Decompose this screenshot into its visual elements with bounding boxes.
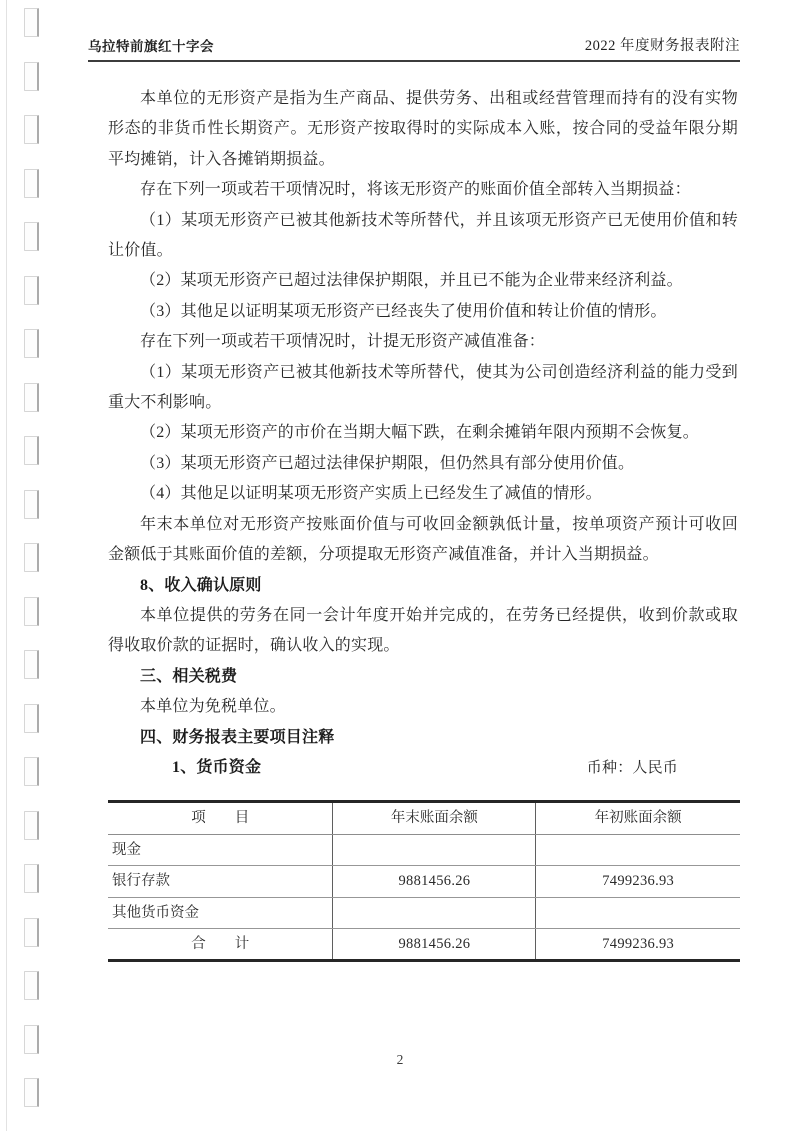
table-total-row: 合 计 9881456.26 7499236.93 [108,928,740,960]
cell-value [536,834,740,865]
table-row: 银行存款 9881456.26 7499236.93 [108,866,740,897]
row-label-bank-deposits: 银行存款 [108,866,333,897]
binding-hole-mark [24,276,39,305]
section-heading-taxes: 三、相关税费 [108,662,738,692]
binding-hole-mark [24,169,39,198]
binding-hole-mark [24,650,39,679]
currency-note: 币种：人民币 [555,753,678,783]
organization-name: 乌拉特前旗红十字会 [88,35,214,55]
row-label-cash: 现金 [108,834,333,865]
binding-hole-mark [24,811,39,840]
scan-edge-line [6,0,7,1131]
paragraph: 存在下列一项或若干项情况时，将该无形资产的账面价值全部转入当期损益： [108,175,738,205]
column-header-year-start-balance: 年初账面余额 [536,802,740,834]
binding-hole-mark [24,757,39,786]
page-header: 乌拉特前旗红十字会 2022 年度财务报表附注 [88,32,740,62]
paragraph: 本单位提供的劳务在同一会计年度开始并完成的，在劳务已经提供，收到价款或取得收取价… [108,601,738,662]
subsection-title-row: 1、货币资金 币种：人民币 [108,753,738,783]
document-title: 2022 年度财务报表附注 [585,34,740,55]
binding-hole-mark [24,383,39,412]
document-body: 本单位的无形资产是指为生产商品、提供劳务、出租或经营管理而持有的没有实物形态的非… [108,84,738,962]
binding-hole-mark [24,971,39,1000]
cell-value [333,897,536,928]
column-header-year-end-balance: 年末账面余额 [333,802,536,834]
subsection-title-monetary-funds: 1、货币资金 [140,753,261,783]
cell-value: 9881456.26 [333,866,536,897]
paragraph: （3）某项无形资产已超过法律保护期限，但仍然具有部分使用价值。 [108,449,738,479]
binding-hole-mark [24,329,39,358]
paragraph: （2）某项无形资产的市价在当期大幅下跌，在剩余摊销年限内预期不会恢复。 [108,418,738,448]
binding-hole-mark [24,436,39,465]
paragraph: （4）其他足以证明某项无形资产实质上已经发生了减值的情形。 [108,479,738,509]
document-page: 乌拉特前旗红十字会 2022 年度财务报表附注 本单位的无形资产是指为生产商品、… [0,0,800,1131]
paragraph: （1）某项无形资产已被其他新技术等所替代，并且该项无形资产已无使用价值和转让价值… [108,206,738,267]
binding-hole-mark [24,918,39,947]
cell-value: 7499236.93 [536,866,740,897]
paragraph: （3）其他足以证明某项无形资产已经丧失了使用价值和转让价值的情形。 [108,297,738,327]
table-row: 其他货币资金 [108,897,740,928]
binding-hole-mark [24,597,39,626]
cell-value: 7499236.93 [536,928,740,960]
binding-hole-mark [24,62,39,91]
section-heading-revenue-recognition: 8、收入确认原则 [108,571,738,601]
column-header-item: 项 目 [108,802,333,834]
monetary-funds-table: 项 目 年末账面余额 年初账面余额 现金 银行存款 9881456.26 749… [108,800,740,962]
page-number: 2 [0,1052,800,1068]
binding-hole-mark [24,1025,39,1054]
binding-hole-mark [24,115,39,144]
paragraph: 本单位为免税单位。 [108,692,738,722]
cell-value [333,834,536,865]
cell-value [536,897,740,928]
paragraph: 本单位的无形资产是指为生产商品、提供劳务、出租或经营管理而持有的没有实物形态的非… [108,84,738,175]
row-label-other-monetary-funds: 其他货币资金 [108,897,333,928]
paragraph: 年末本单位对无形资产按账面价值与可收回金额孰低计量，按单项资产预计可收回金额低于… [108,510,738,571]
table-row: 现金 [108,834,740,865]
binding-hole-mark [24,864,39,893]
cell-value: 9881456.26 [333,928,536,960]
paragraph: 存在下列一项或若干项情况时，计提无形资产减值准备： [108,327,738,357]
paragraph: （1）某项无形资产已被其他新技术等所替代，使其为公司创造经济利益的能力受到重大不… [108,358,738,419]
binding-hole-mark [24,1078,39,1107]
section-heading-notes-to-statements: 四、财务报表主要项目注释 [108,723,738,753]
paragraph: （2）某项无形资产已超过法律保护期限，并且已不能为企业带来经济利益。 [108,266,738,296]
binding-hole-mark [24,8,39,37]
table-header-row: 项 目 年末账面余额 年初账面余额 [108,802,740,834]
binding-hole-mark [24,222,39,251]
row-label-total: 合 计 [108,928,333,960]
binding-hole-mark [24,490,39,519]
binding-hole-mark [24,704,39,733]
binding-hole-mark [24,543,39,572]
